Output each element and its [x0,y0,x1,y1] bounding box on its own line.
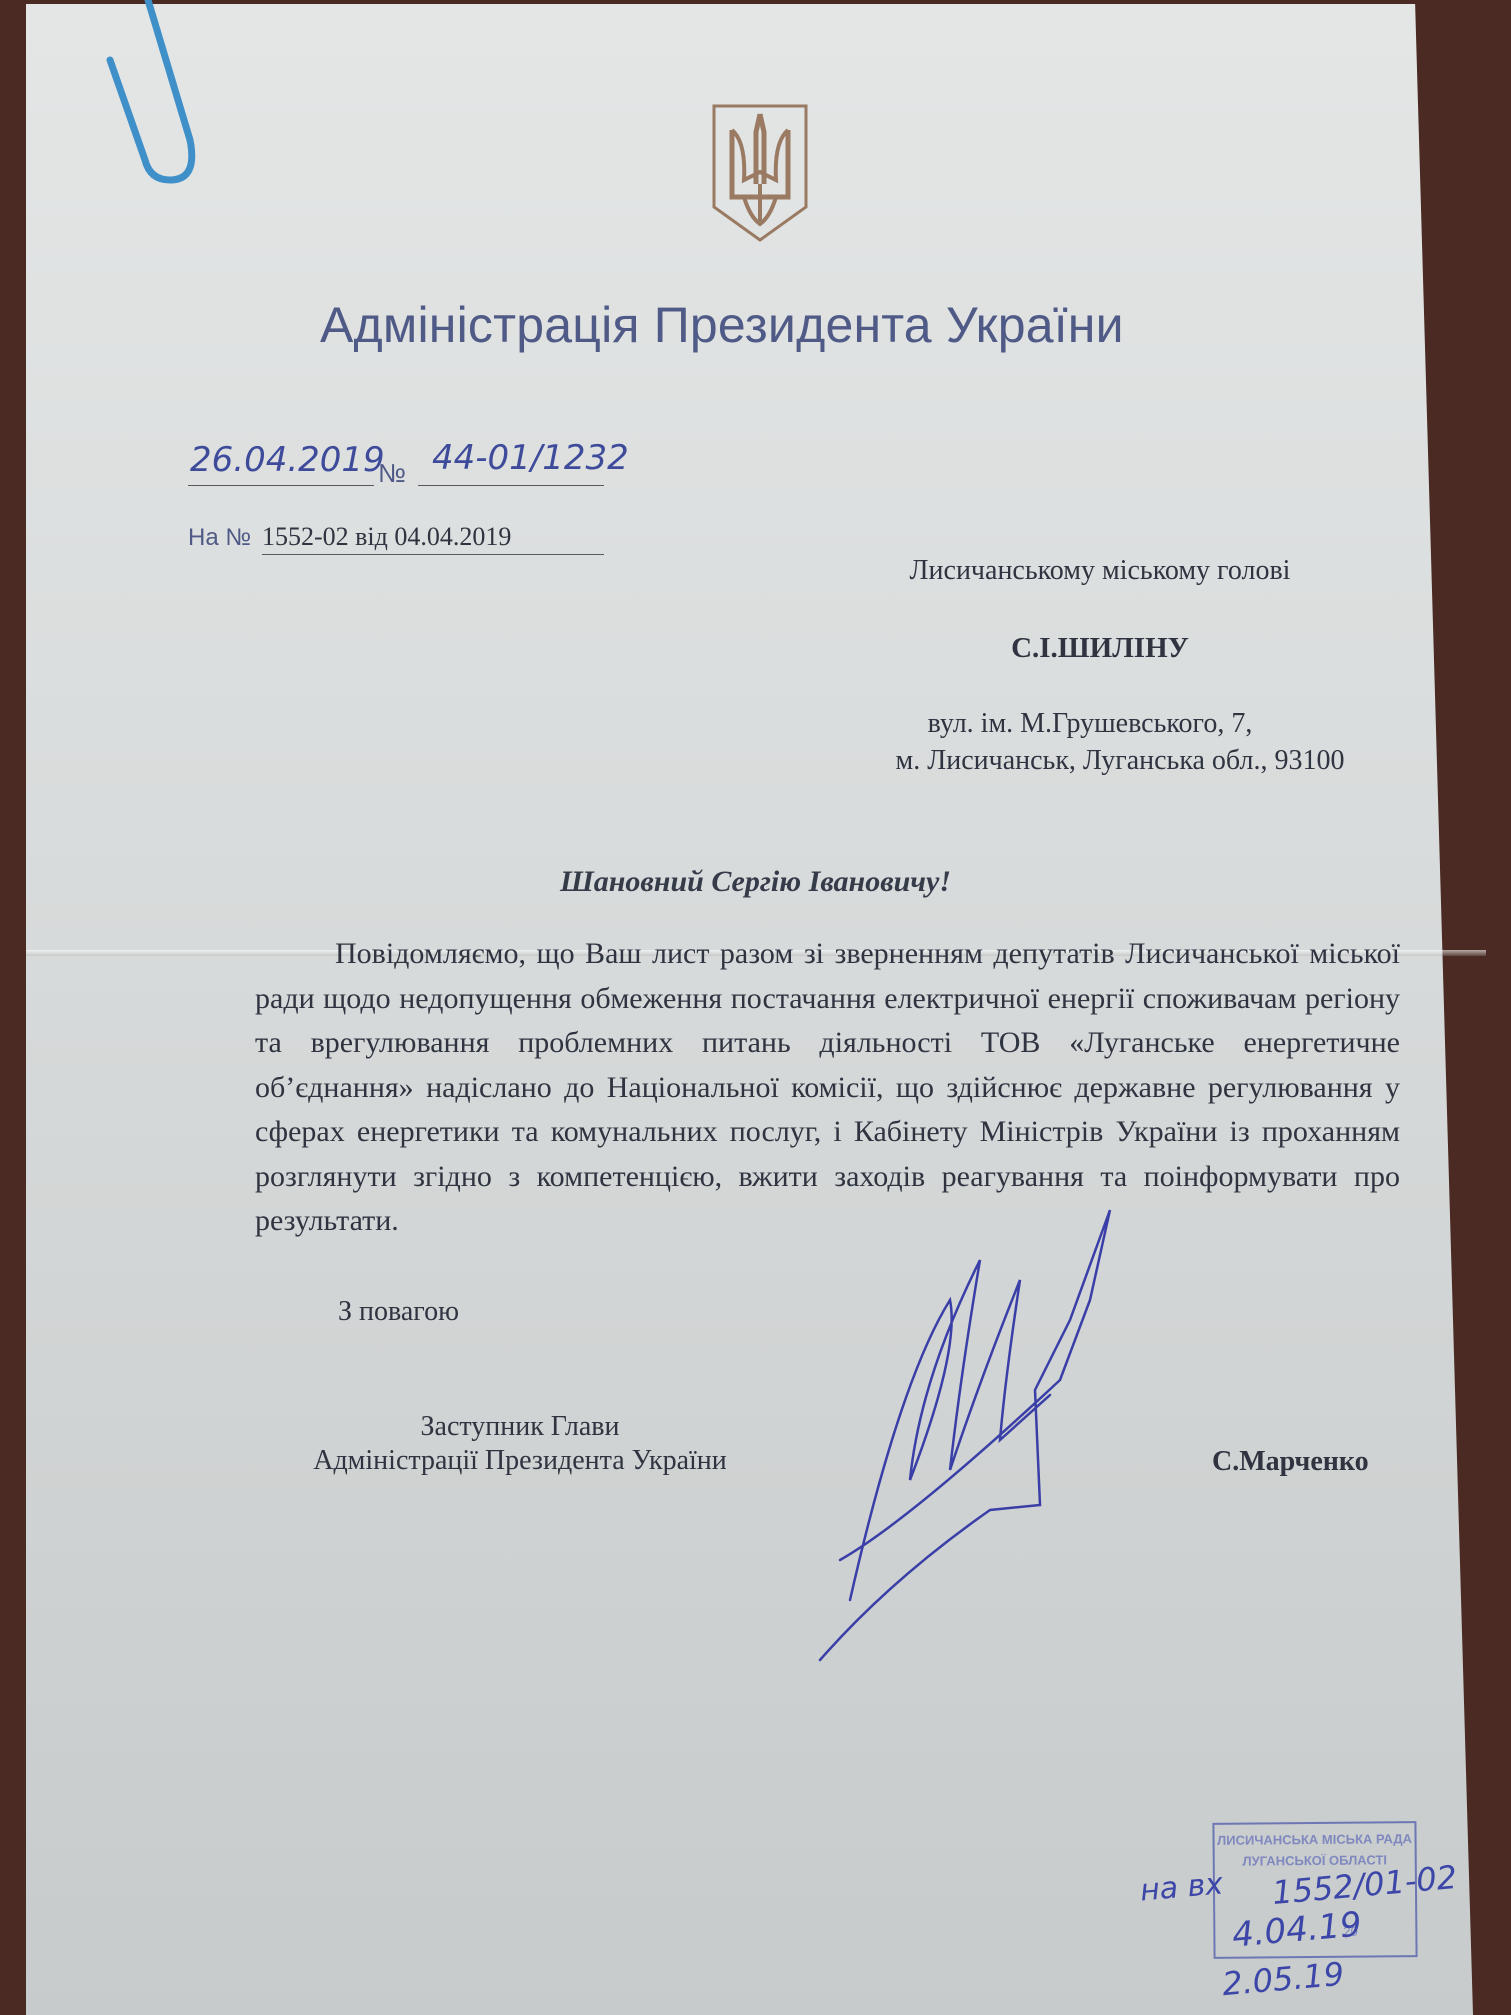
recipient-address-line1: вул. ім. М.Грушевського, 7, [790,708,1390,740]
signatory-title-line2: Адміністрації Президента України [250,1444,790,1478]
trident-coat-of-arms-icon [710,102,810,244]
stamp-handwritten-prefix: на вх [1139,1866,1225,1908]
salutation: Шановний Сергію Івановичу! [0,865,1511,899]
recipient-name: С.І.ШИЛІНУ [800,632,1400,665]
handwritten-signature [810,1180,1210,1680]
registration-number: 44-01/1232 [432,438,629,478]
signatory-name: С.Марченко [1212,1446,1369,1478]
signatory-title-line1: Заступник Глави [250,1410,790,1444]
signatory-title: Заступник Глави Адміністрації Президента… [250,1410,790,1478]
number-underline [418,485,604,486]
reference-value: 1552-02 від 04.04.2019 [262,522,511,552]
recipient-address-line2: м. Лисичанськ, Луганська обл., 93100 [820,745,1420,777]
number-sign: № [378,458,406,489]
reference-underline [262,554,604,555]
stamp-line1: ЛИСИЧАНСЬКА МІСЬКА РАДА [1214,1831,1414,1848]
registration-date: 26.04.2019 [190,440,385,480]
date-underline [188,485,374,486]
closing: З повагою [338,1296,459,1328]
paperclip-icon [100,0,210,200]
reference-label: На № [188,524,251,552]
organization-title: Адміністрація Президента України [320,296,1240,354]
recipient-position: Лисичанському міському голові [800,555,1400,587]
